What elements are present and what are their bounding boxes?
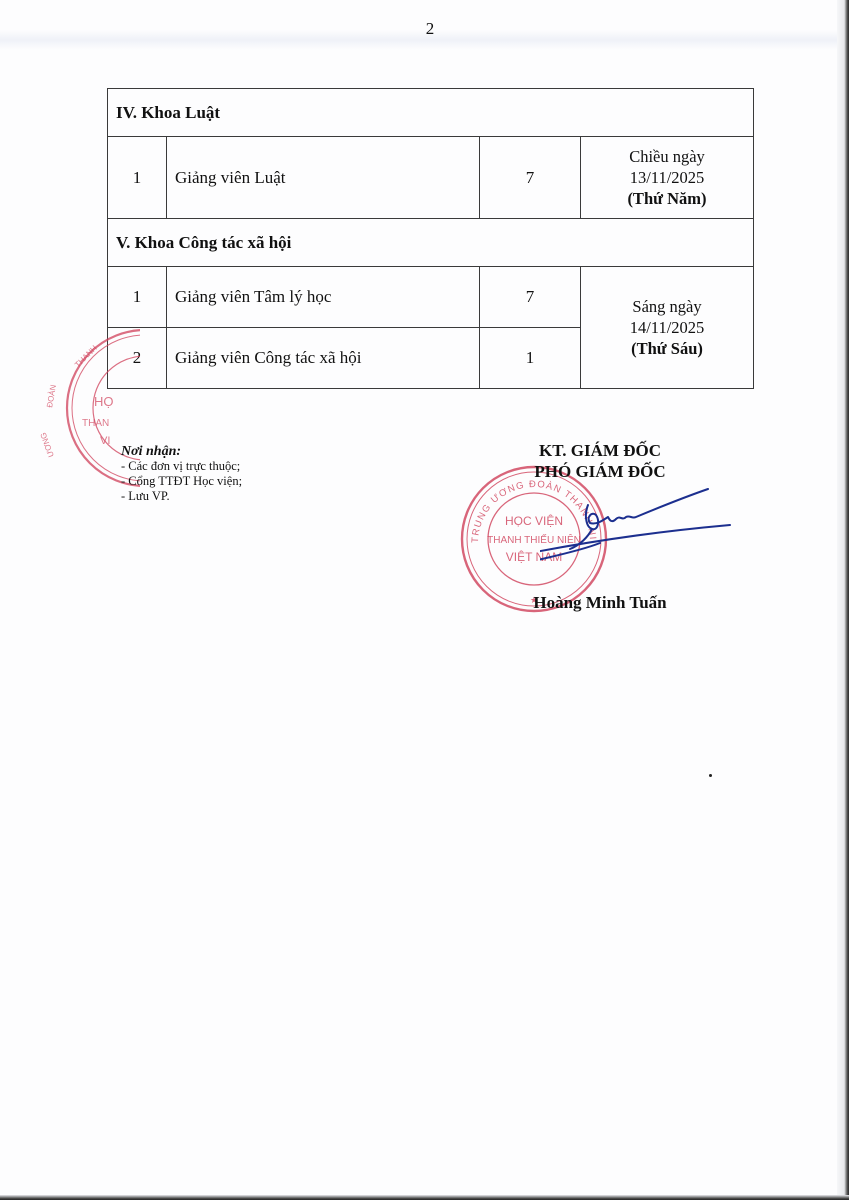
- time-session: Chiều ngày: [581, 146, 753, 167]
- section-header-row: V. Khoa Công tác xã hội: [108, 219, 754, 267]
- table-row: 1 Giảng viên Tâm lý học 7 Sáng ngày 14/1…: [108, 267, 754, 328]
- recipient-item: - Các đơn vị trực thuộc;: [121, 459, 242, 474]
- row-quantity: 1: [480, 328, 581, 389]
- page-number: 2: [0, 19, 849, 39]
- signature-title-block: KT. GIÁM ĐỐC PHÓ GIÁM ĐỐC: [470, 440, 730, 482]
- svg-text:THAN: THAN: [82, 418, 109, 429]
- section-title: V. Khoa Công tác xã hội: [108, 219, 754, 267]
- signature-line-2: PHÓ GIÁM ĐỐC: [470, 461, 730, 482]
- row-index: 1: [108, 137, 167, 219]
- time-session: Sáng ngày: [581, 296, 753, 317]
- row-position: Giảng viên Công tác xã hội: [167, 328, 480, 389]
- recruitment-schedule-table: IV. Khoa Luật 1 Giảng viên Luật 7 Chiều …: [107, 88, 754, 389]
- signer-name: Hoàng Minh Tuấn: [470, 593, 730, 613]
- time-weekday: (Thứ Năm): [581, 188, 753, 209]
- row-quantity: 7: [480, 267, 581, 328]
- section-title: IV. Khoa Luật: [108, 89, 754, 137]
- recipients-title: Nơi nhận:: [121, 444, 242, 459]
- time-date: 14/11/2025: [581, 317, 753, 338]
- handwritten-signature: [540, 485, 740, 575]
- section-header-row: IV. Khoa Luật: [108, 89, 754, 137]
- table-row: 1 Giảng viên Luật 7 Chiều ngày 13/11/202…: [108, 137, 754, 219]
- row-position: Giảng viên Tâm lý học: [167, 267, 480, 328]
- svg-text:HỌ: HỌ: [94, 394, 114, 409]
- row-index: 1: [108, 267, 167, 328]
- scan-edge-bottom: [0, 1195, 849, 1200]
- time-date: 13/11/2025: [581, 167, 753, 188]
- svg-text:VI: VI: [100, 435, 110, 447]
- row-quantity: 7: [480, 137, 581, 219]
- time-weekday: (Thứ Sáu): [581, 338, 753, 359]
- signature-line-1: KT. GIÁM ĐỐC: [470, 440, 730, 461]
- scan-edge-right: [837, 0, 849, 1200]
- scan-speck: [709, 774, 712, 777]
- recipients-block: Nơi nhận: - Các đơn vị trực thuộc; - Cổn…: [121, 444, 242, 504]
- recipient-item: - Lưu VP.: [121, 489, 242, 504]
- row-time: Sáng ngày 14/11/2025 (Thứ Sáu): [581, 267, 754, 389]
- svg-text:ƯƠNG: ƯƠNG: [39, 431, 56, 458]
- svg-text:ĐOÀN: ĐOÀN: [45, 384, 58, 409]
- recipient-item: - Cổng TTĐT Học viện;: [121, 474, 242, 489]
- row-time: Chiều ngày 13/11/2025 (Thứ Năm): [581, 137, 754, 219]
- row-position: Giảng viên Luật: [167, 137, 480, 219]
